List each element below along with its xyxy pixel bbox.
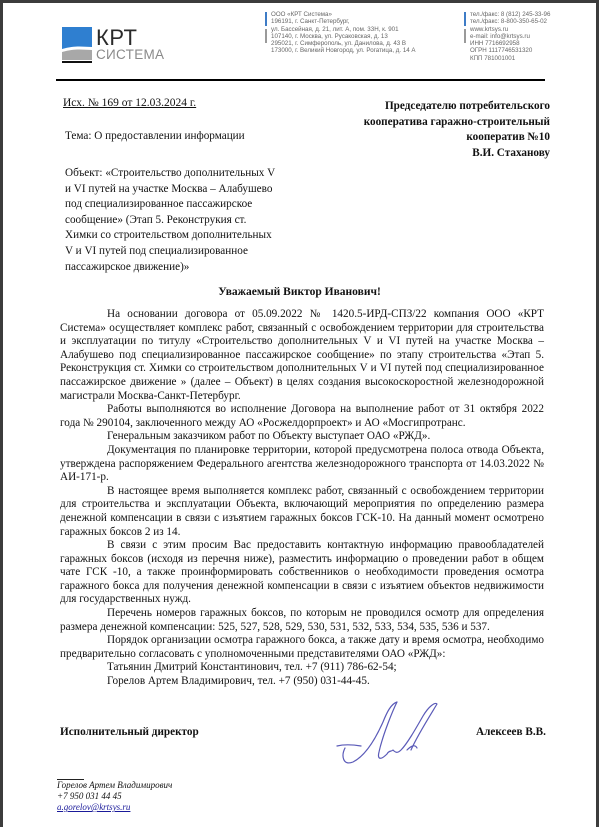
header-accent-bar-gray [265,29,267,43]
kpp: КПП 781001001 [470,55,550,62]
logo-mark-icon [62,27,92,63]
executor-phone: +7 950 031 44 45 [57,791,172,802]
company-email: e-mail: info@krtsys.ru [470,33,550,40]
company-contacts: тел./факс: 8 (812) 245-33-96 тел./факс: … [470,11,550,62]
object-line: Химки со строительством дополнительных [65,228,315,244]
company-name: ООО «КРТ Система» [271,11,416,18]
contact-person: Татьянин Дмитрий Константинович, тел. +7… [60,661,544,675]
letter-subject: Тема: О предоставлении информации [65,130,245,142]
body-paragraph: На основании договора от 05.09.2022 № 14… [60,308,544,403]
website: www.krtsys.ru [470,26,550,33]
body-paragraph: В связи с этим просим Вас предоставить к… [60,539,544,607]
addressee-line: кооператива гаражно-строительный [364,115,550,131]
signature-icon [331,700,451,770]
address-line: ул. Бассейная, д. 21, лит. А, пом. 33Н, … [271,26,416,33]
signer-title: Исполнительный директор [60,726,199,738]
letter-page: КРТ СИСТЕМА ООО «КРТ Система» 196191, г.… [3,3,596,827]
addressee-line: Председателю потребительского [364,99,550,115]
object-line: и VI путей на участке Москва – Алабушево [65,182,315,198]
object-line: под специализированное пассажирское [65,197,315,213]
body-paragraph: Порядок организации осмотра гаражного бо… [60,634,544,661]
ogrn: ОГРН 1117746531320 [470,47,550,54]
header-accent-bar-blue [265,12,267,26]
contacts-accent-bar-blue [464,12,466,26]
body-paragraph: Перечень номеров гаражных боксов, по кот… [60,607,544,634]
greeting: Уважаемый Виктор Иванович! [3,286,596,298]
object-line: пассажирское движение)» [65,260,315,276]
address-line: 196191, г. Санкт-Петербург, [271,18,416,25]
contact-person: Горелов Артем Владимирович, тел. +7 (950… [60,675,544,689]
object-description: Объект: «Строительство дополнительных V … [65,166,315,275]
inn: ИНН 7716692958 [470,40,550,47]
address-line: 295021, г. Симферополь, ул. Данилова, д.… [271,40,416,47]
address-line: 173000, г. Великий Новгород, ул. Рогатиц… [271,47,416,54]
letter-body: На основании договора от 05.09.2022 № 14… [60,308,544,689]
addressee-block: Председателю потребительского кооператив… [364,99,550,161]
executor-info: Горелов Артем Владимирович +7 950 031 44… [57,780,172,813]
executor-name: Горелов Артем Владимирович [57,780,172,791]
object-line: V и VI путей под специализированное [65,244,315,260]
contacts-accent-bar-gray [464,29,466,43]
header-divider [56,79,545,81]
addressee-line: В.И. Стаханову [364,146,550,162]
company-addresses: ООО «КРТ Система» 196191, г. Санкт-Петер… [271,11,416,55]
object-line: Объект: «Строительство дополнительных V [65,166,315,182]
phone-fax-1: тел./факс: 8 (812) 245-33-96 [470,11,550,18]
address-line: 107140, г. Москва, ул. Русаковская, д. 1… [271,33,416,40]
logo-text-secondary: СИСТЕМА [96,47,164,62]
body-paragraph: Генеральным заказчиком работ по Объекту … [60,430,544,444]
outgoing-reference: Исх. № 169 от 12.03.2024 г. [63,97,196,109]
signer-name: Алексеев В.В. [476,726,546,738]
company-logo: КРТ СИСТЕМА [62,27,182,67]
addressee-line: кооператив №10 [364,130,550,146]
phone-fax-2: тел./факс: 8-800-350-65-02 [470,18,550,25]
body-paragraph: Работы выполняются во исполнение Договор… [60,403,544,430]
object-line: сообщение» (Этап 5. Реконструкия ст. [65,213,315,229]
body-paragraph: Документация по планировке территории, к… [60,444,544,485]
body-paragraph: В настоящее время выполняется комплекс р… [60,485,544,539]
executor-email-link[interactable]: a.gorelov@krtsys.ru [57,802,130,812]
